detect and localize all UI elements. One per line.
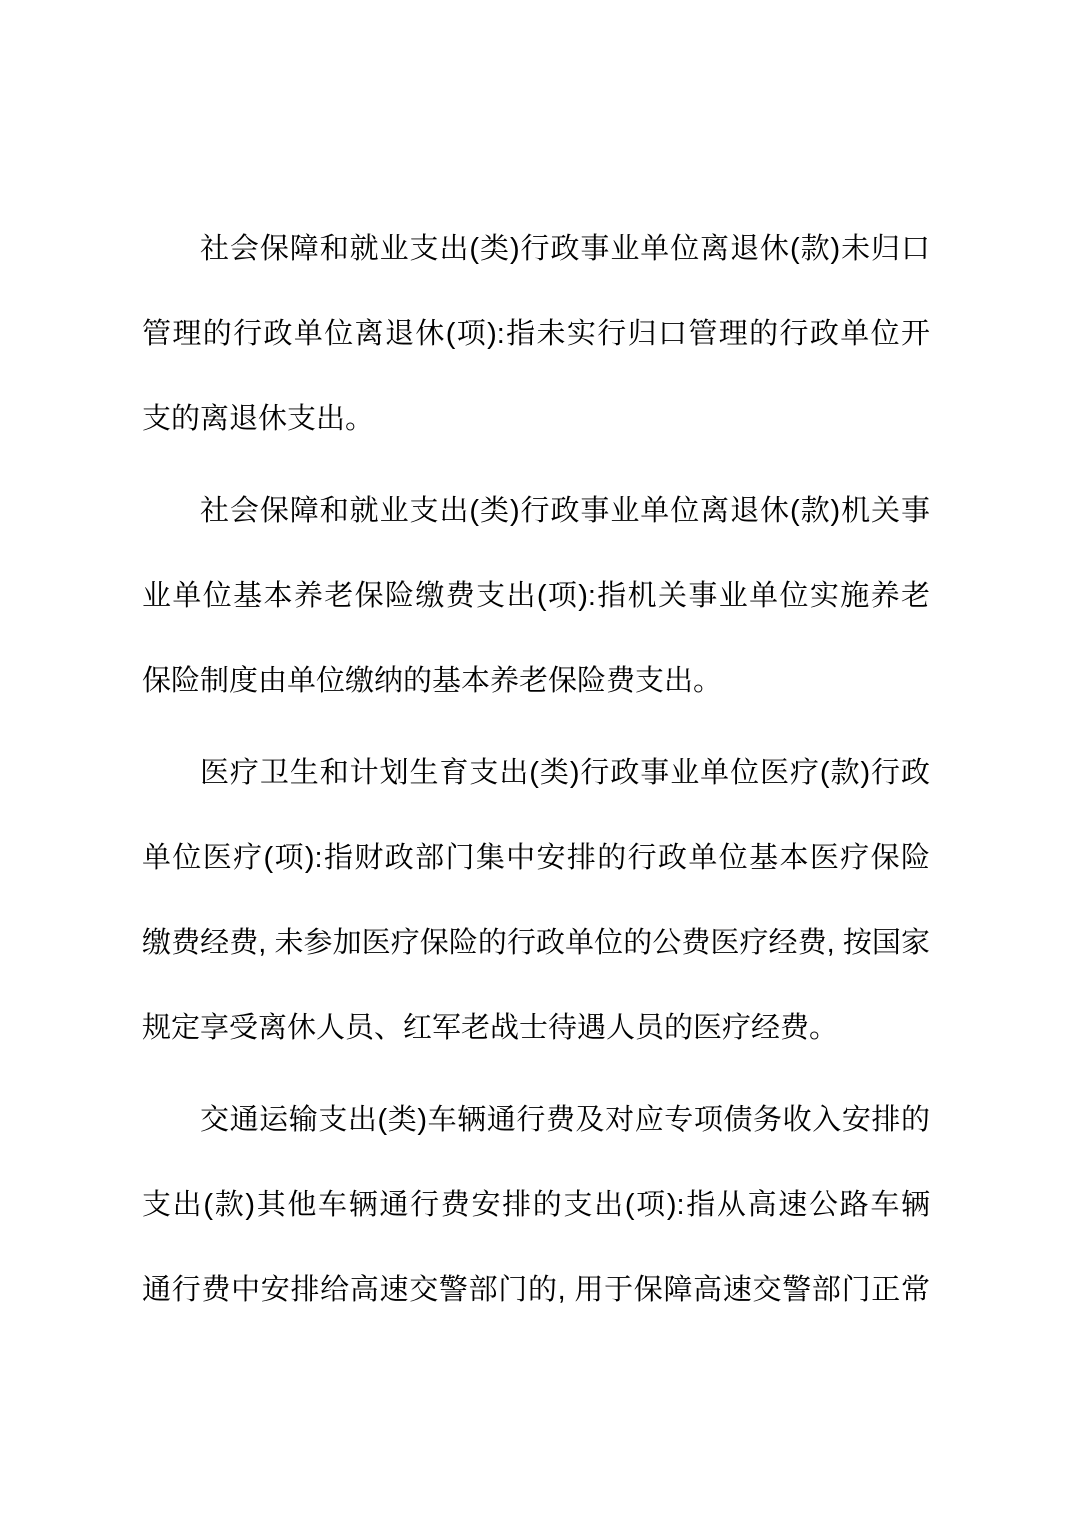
paragraph-social-security-retirement: 社会保障和就业支出(类)行政事业单位离退休(款)未归口 管理的行政单位离退休(项…	[142, 207, 930, 462]
document-page: 社会保障和就业支出(类)行政事业单位离退休(款)未归口 管理的行政单位离退休(项…	[0, 0, 1074, 1520]
paragraph-social-security-pension: 社会保障和就业支出(类)行政事业单位离退休(款)机关事 业单位基本养老保险缴费支…	[142, 469, 930, 724]
text-line: 医疗卫生和计划生育支出(类)行政事业单位医疗(款)行政	[142, 731, 930, 816]
text-line: 支出(款)其他车辆通行费安排的支出(项):指从高速公路车辆	[142, 1163, 930, 1248]
text-line: 交通运输支出(类)车辆通行费及对应专项债务收入安排的	[142, 1078, 930, 1163]
text-line: 通行费中安排给高速交警部门的, 用于保障高速交警部门正常	[142, 1248, 930, 1333]
paragraph-transportation-toll: 交通运输支出(类)车辆通行费及对应专项债务收入安排的 支出(款)其他车辆通行费安…	[142, 1078, 930, 1333]
text-line: 支的离退休支出。	[142, 377, 930, 462]
text-line: 保险制度由单位缴纳的基本养老保险费支出。	[142, 639, 930, 724]
text-line: 缴费经费, 未参加医疗保险的行政单位的公费医疗经费, 按国家	[142, 901, 930, 986]
document-body: 社会保障和就业支出(类)行政事业单位离退休(款)未归口 管理的行政单位离退休(项…	[142, 207, 930, 1333]
text-line: 业单位基本养老保险缴费支出(项):指机关事业单位实施养老	[142, 554, 930, 639]
text-line: 社会保障和就业支出(类)行政事业单位离退休(款)机关事	[142, 469, 930, 554]
text-line: 规定享受离休人员、红军老战士待遇人员的医疗经费。	[142, 986, 930, 1071]
text-line: 社会保障和就业支出(类)行政事业单位离退休(款)未归口	[142, 207, 930, 292]
text-line: 单位医疗(项):指财政部门集中安排的行政单位基本医疗保险	[142, 816, 930, 901]
text-line: 管理的行政单位离退休(项):指未实行归口管理的行政单位开	[142, 292, 930, 377]
paragraph-medical-health: 医疗卫生和计划生育支出(类)行政事业单位医疗(款)行政 单位医疗(项):指财政部…	[142, 731, 930, 1071]
